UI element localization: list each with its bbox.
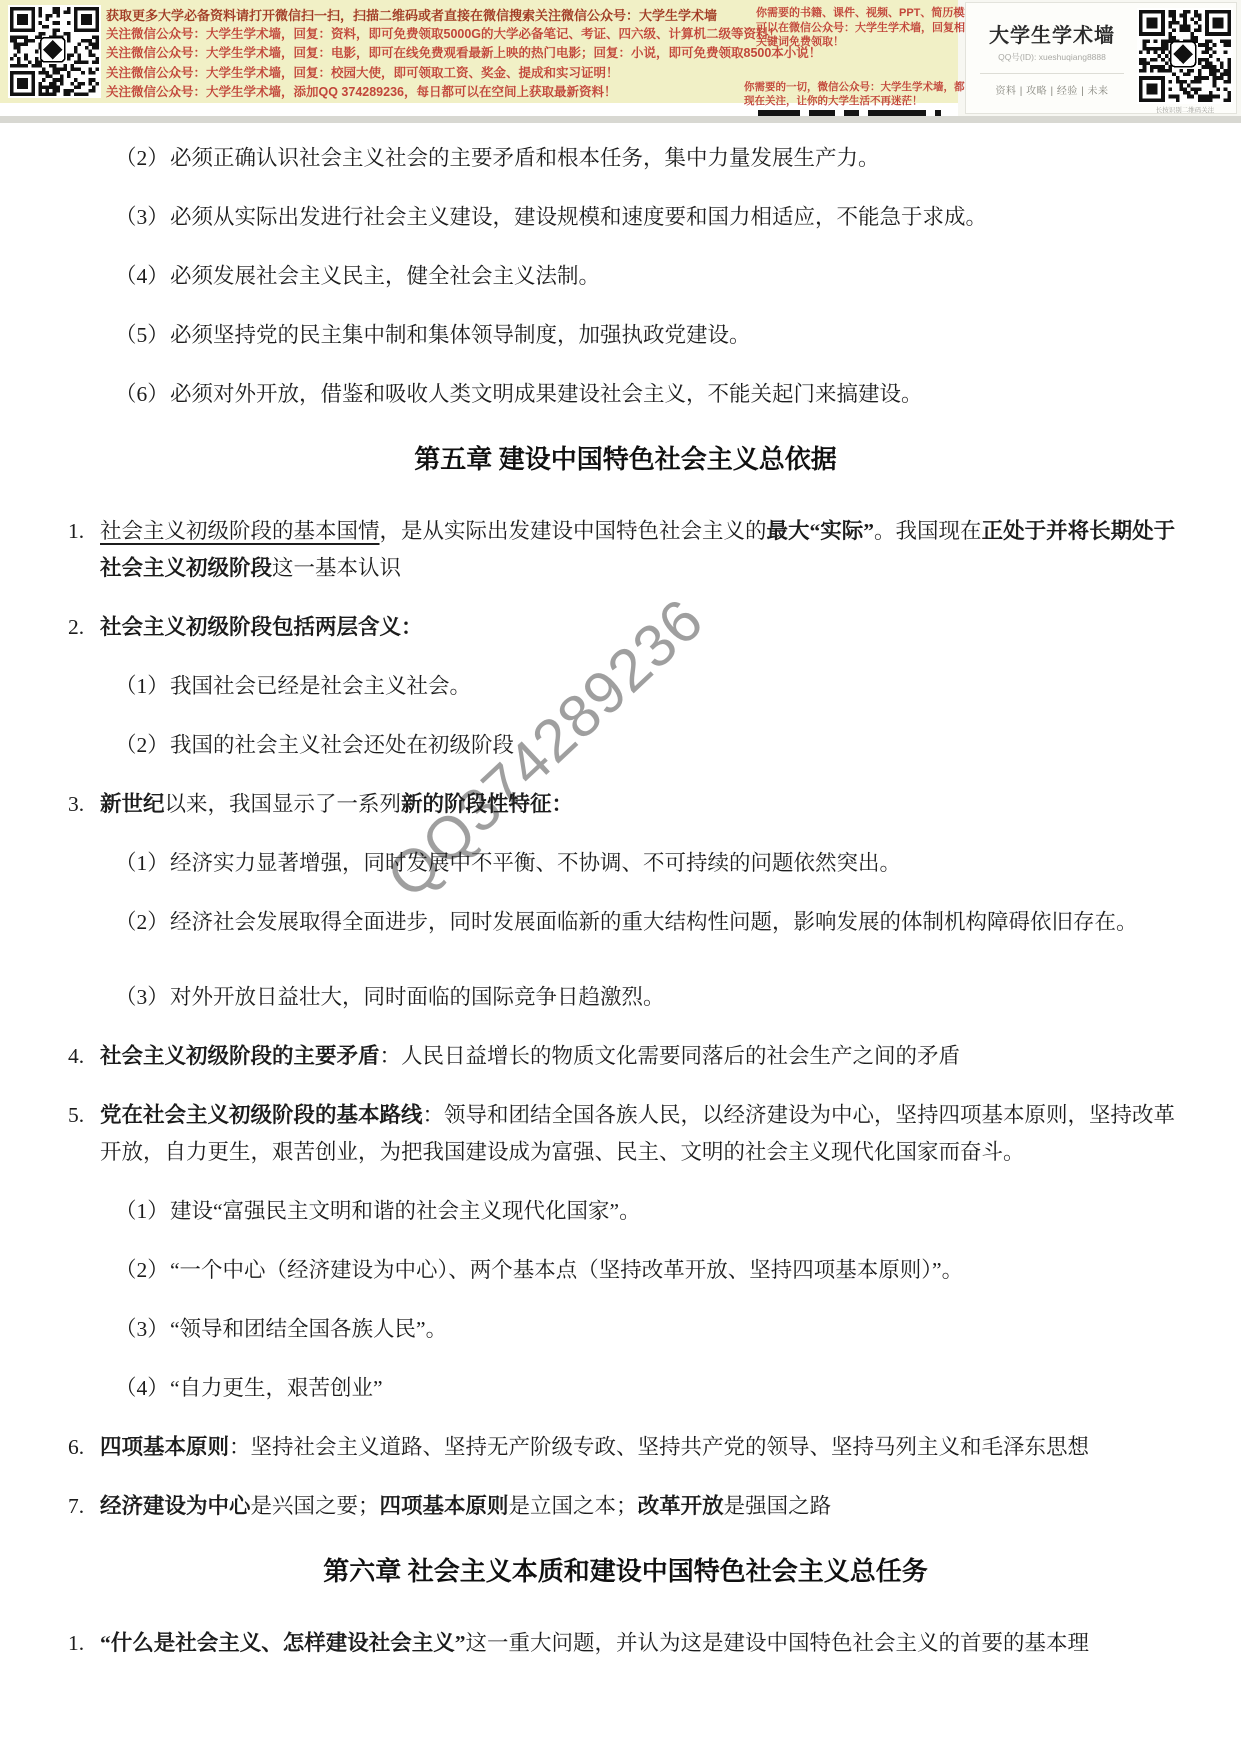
wechat-qr-code-icon [1137, 8, 1233, 104]
list-item: 1.“什么是社会主义、怎样建设社会主义”这一重大问题，并认为这是建设中国特色社会… [68, 1625, 1183, 1662]
list-item-number: （2） [115, 140, 170, 177]
list-item: （2）“一个中心（经济建设为中心）、两个基本点（坚持改革开放、坚持四项基本原则）… [115, 1252, 1183, 1289]
banner-line: 关注微信公众号：大学生学术墙，添加QQ 374289236，每日都可以在空间上获… [106, 83, 821, 102]
list-item-number: 4. [68, 1038, 100, 1075]
list-item-text: 对外开放日益壮大，同时面临的国际竞争日趋激烈。 [170, 979, 1183, 1016]
list-item: 2.社会主义初级阶段包括两层含义： [68, 609, 1183, 646]
list-item-text: 经济社会发展取得全面进步，同时发展面临新的重大结构性问题，影响发展的体制机构障碍… [170, 904, 1183, 941]
list-item: （1）我国社会已经是社会主义社会。 [115, 668, 1183, 705]
list-item-text: “领导和团结全国各族人民”。 [170, 1311, 1183, 1348]
list-item-text: 我国的社会主义社会还处在初级阶段 [170, 727, 1183, 764]
list-item-number: （1） [115, 845, 170, 882]
list-item-number: （3） [115, 199, 170, 236]
brand-qq-id: QQ号(ID): xueshuqiang8888 [966, 51, 1138, 63]
list-item: （3）对外开放日益壮大，同时面临的国际竞争日趋激烈。 [115, 979, 1183, 1016]
list-item: 5.党在社会主义初级阶段的基本路线：领导和团结全国各族人民，以经济建设为中心，坚… [68, 1097, 1183, 1171]
list-item: （6）必须对外开放，借鉴和吸收人类文明成果建设社会主义，不能关起门来搞建设。 [115, 376, 1183, 413]
list-item-text: 必须坚持党的民主集中制和集体领导制度，加强执政党建设。 [170, 317, 1183, 354]
list-item-text: 我国社会已经是社会主义社会。 [170, 668, 1183, 705]
chapter-heading: 第六章 社会主义本质和建设中国特色社会主义总任务 [68, 1551, 1183, 1593]
list-item-text: 新世纪以来，我国显示了一系列新的阶段性特征： [100, 786, 1183, 823]
list-item: （5）必须坚持党的民主集中制和集体领导制度，加强执政党建设。 [115, 317, 1183, 354]
list-item: （4）“自力更生，艰苦创业” [115, 1370, 1183, 1407]
list-item-number: （3） [115, 1311, 170, 1348]
list-item-text: 党在社会主义初级阶段的基本路线：领导和团结全国各族人民，以经济建设为中心，坚持四… [100, 1097, 1183, 1171]
list-item: 6.四项基本原则：坚持社会主义道路、坚持无产阶级专政、坚持共产党的领导、坚持马列… [68, 1429, 1183, 1466]
list-item-text: 必须发展社会主义民主，健全社会主义法制。 [170, 258, 1183, 295]
brand-title: 大学生学术墙 [966, 19, 1138, 48]
list-item: 3.新世纪以来，我国显示了一系列新的阶段性特征： [68, 786, 1183, 823]
list-item: （2）必须正确认识社会主义社会的主要矛盾和根本任务，集中力量发展生产力。 [115, 140, 1183, 177]
list-item-text: 经济实力显著增强，同时发展中不平衡、不协调、不可持续的问题依然突出。 [170, 845, 1183, 882]
list-item-text: “什么是社会主义、怎样建设社会主义”这一重大问题，并认为这是建设中国特色社会主义… [100, 1625, 1183, 1662]
banner-note-line: 你需要的一切，微信公众号：大学生学术墙，都有！ [744, 81, 986, 93]
list-item: （1）经济实力显著增强，同时发展中不平衡、不协调、不可持续的问题依然突出。 [115, 845, 1183, 882]
list-item-text: 社会主义初级阶段的主要矛盾：人民日益增长的物质文化需要同落后的社会生产之间的矛盾 [100, 1038, 1183, 1075]
list-item-number: （6） [115, 376, 170, 413]
list-item: （4）必须发展社会主义民主，健全社会主义法制。 [115, 258, 1183, 295]
list-item-number: 7. [68, 1488, 100, 1525]
list-item-number: （4） [115, 258, 170, 295]
list-item-number: （1） [115, 668, 170, 705]
banner-line: 关注微信公众号：大学生学术墙，回复：校园大使，即可领取工资、奖金、提成和实习证明… [106, 64, 821, 83]
list-item-number: （2） [115, 1252, 170, 1289]
promo-banner: 获取更多大学必备资料请打开微信扫一扫，扫描二维码或者直接在微信搜索关注微信公众号… [0, 0, 1241, 122]
list-item-text: 建设“富强民主文明和谐的社会主义现代化国家”。 [170, 1193, 1183, 1230]
list-item: （1）建设“富强民主文明和谐的社会主义现代化国家”。 [115, 1193, 1183, 1230]
list-item-number: 1. [68, 1625, 100, 1662]
list-item: （2）我国的社会主义社会还处在初级阶段 [115, 727, 1183, 764]
list-item-number: 6. [68, 1429, 100, 1466]
list-item-number: 2. [68, 609, 100, 646]
list-item-text: 社会主义初级阶段包括两层含义： [100, 609, 1183, 646]
banner-middle-note: 你需要的一切，微信公众号：大学生学术墙，都有！ 现在关注，让你的大学生活不再迷茫… [744, 80, 990, 108]
list-item-number: 1. [68, 513, 100, 587]
banner-line: 关注微信公众号：大学生学术墙，回复：电影，即可在线免费观看最新上映的热门电影；回… [106, 44, 821, 63]
document-content: （2）必须正确认识社会主义社会的主要矛盾和根本任务，集中力量发展生产力。（3）必… [0, 122, 1241, 1684]
list-item-text: 经济建设为中心是兴国之要；四项基本原则是立国之本；改革开放是强国之路 [100, 1488, 1183, 1525]
list-item-number: （3） [115, 979, 170, 1016]
brand-tags: 资料 | 攻略 | 经验 | 未来 [966, 82, 1138, 97]
banner-note-line: 现在关注，让你的大学生活不再迷茫！ [744, 95, 923, 107]
list-item-text: 必须正确认识社会主义社会的主要矛盾和根本任务，集中力量发展生产力。 [170, 140, 1183, 177]
chapter-heading: 第五章 建设中国特色社会主义总依据 [68, 439, 1183, 481]
banner-line: 获取更多大学必备资料请打开微信扫一扫，扫描二维码或者直接在微信搜索关注微信公众号… [106, 6, 821, 25]
list-item-text: “自力更生，艰苦创业” [170, 1370, 1183, 1407]
wechat-qr-code-icon [8, 5, 101, 98]
list-item: （3）“领导和团结全国各族人民”。 [115, 1311, 1183, 1348]
list-item: 7.经济建设为中心是兴国之要；四项基本原则是立国之本；改革开放是强国之路 [68, 1488, 1183, 1525]
list-item-number: （2） [115, 727, 170, 764]
list-item-number: （1） [115, 1193, 170, 1230]
list-item-text: “一个中心（经济建设为中心）、两个基本点（坚持改革开放、坚持四项基本原则）”。 [170, 1252, 1183, 1289]
list-item: 4.社会主义初级阶段的主要矛盾：人民日益增长的物质文化需要同落后的社会生产之间的… [68, 1038, 1183, 1075]
qr-caption: 长按识别二维码关注 [1137, 105, 1233, 114]
document-page: 获取更多大学必备资料请打开微信扫一扫，扫描二维码或者直接在微信搜索关注微信公众号… [0, 0, 1241, 1754]
list-item-text: 四项基本原则：坚持社会主义道路、坚持无产阶级专政、坚持共产党的领导、坚持马列主义… [100, 1429, 1183, 1466]
banner-line: 关注微信公众号：大学生学术墙，回复：资料，即可免费领取5000G的大学必备笔记、… [106, 25, 821, 44]
divider [980, 73, 1124, 74]
list-item-text: 必须对外开放，借鉴和吸收人类文明成果建设社会主义，不能关起门来搞建设。 [170, 376, 1183, 413]
list-item-number: 5. [68, 1097, 100, 1171]
list-item-number: （4） [115, 1370, 170, 1407]
banner-text-lines: 获取更多大学必备资料请打开微信扫一扫，扫描二维码或者直接在微信搜索关注微信公众号… [106, 6, 821, 102]
list-item-number: （5） [115, 317, 170, 354]
list-item-number: 3. [68, 786, 100, 823]
list-item: 1.社会主义初级阶段的基本国情，是从实际出发建设中国特色社会主义的最大“实际”。… [68, 513, 1183, 587]
list-item-text: 社会主义初级阶段的基本国情，是从实际出发建设中国特色社会主义的最大“实际”。我国… [100, 513, 1183, 587]
list-item: （2）经济社会发展取得全面进步，同时发展面临新的重大结构性问题，影响发展的体制机… [115, 904, 1183, 941]
banner-middle-note: 你需要的书籍、课件、视频、PPT、简历模板都可以在微信公众号：大学生学术墙，回复… [756, 6, 994, 50]
list-item-text: 必须从实际出发进行社会主义建设，建设规模和速度要和国力相适应，不能急于求成。 [170, 199, 1183, 236]
list-item: （3）必须从实际出发进行社会主义建设，建设规模和速度要和国力相适应，不能急于求成… [115, 199, 1183, 236]
list-item-number: （2） [115, 904, 170, 941]
